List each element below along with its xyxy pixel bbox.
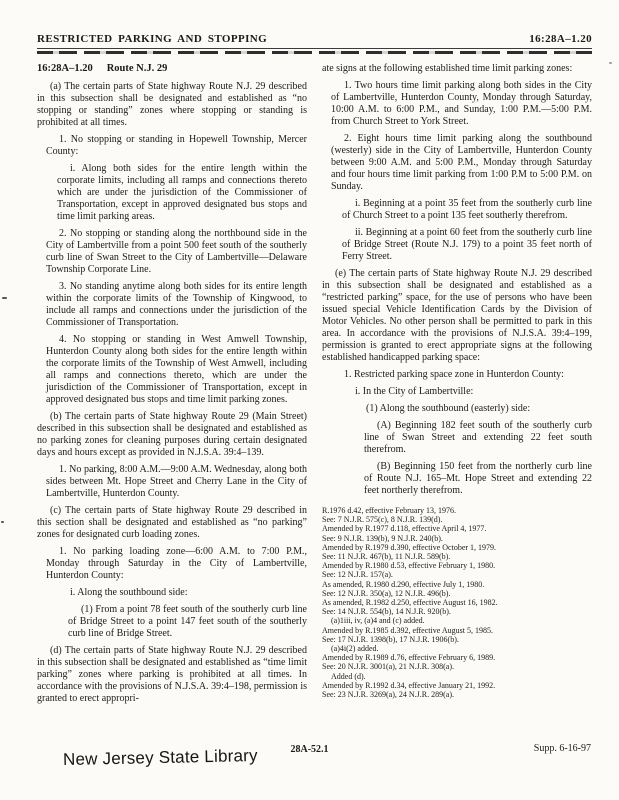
scan-artifact xyxy=(1,521,4,523)
paragraph: (1) From a point 78 feet south of the so… xyxy=(68,604,307,640)
right-paragraphs: ate signs at the following established t… xyxy=(322,63,592,497)
header-section-number: 16:28A–1.20 xyxy=(529,33,592,45)
history-note: As amended, R.1980 d.290, effective July… xyxy=(322,580,592,589)
section-heading-title: Route N.J. 29 xyxy=(107,63,168,74)
history-note: Amended by R.1977 d.118, effective April… xyxy=(322,524,592,533)
history-note: See: 23 N.J.R. 3269(a), 24 N.J.R. 289(a)… xyxy=(322,690,592,699)
scan-artifact xyxy=(2,297,7,299)
history-note: (a)4i(2) added. xyxy=(331,644,592,653)
section-heading: 16:28A–1.20Route N.J. 29 xyxy=(37,63,307,75)
paragraph: 1. No parking loading zone—6:00 A.M. to … xyxy=(46,546,307,582)
paragraph: i. Beginning at a point 35 feet from the… xyxy=(342,198,592,222)
paragraph: (d) The certain parts of State highway R… xyxy=(37,645,307,705)
left-paragraphs: (a) The certain parts of State highway R… xyxy=(37,81,307,705)
paragraph: 1. Two hours time limit parking along bo… xyxy=(331,80,592,128)
paragraph: 1. No parking, 8:00 A.M.—9:00 A.M. Wedne… xyxy=(46,464,307,500)
history-note: R.1976 d.42, effective February 13, 1976… xyxy=(322,506,592,515)
paragraph: (b) The certain parts of State highway R… xyxy=(37,411,307,459)
paragraph: (A) Beginning 182 feet south of the sout… xyxy=(364,420,592,456)
history-note: See: 20 N.J.R. 3001(a), 21 N.J.R. 308(a)… xyxy=(322,662,592,671)
history-note: (a)1iii, iv, (a)4 and (c) added. xyxy=(331,616,592,625)
paragraph: (1) Along the southbound (easterly) side… xyxy=(353,403,592,415)
history-note: See: 7 N.J.R. 575(c), 8 N.J.R. 139(d). xyxy=(322,515,592,524)
history-note: Amended by R.1979 d.390, effective Octob… xyxy=(322,543,592,552)
paragraph: i. Along the southbound side: xyxy=(57,587,307,599)
paragraph: 4. No stopping or standing in West Amwel… xyxy=(46,334,307,406)
history-note: See: 11 N.J.R. 467(b), 11 N.J.R. 589(b). xyxy=(322,552,592,561)
paragraph: 2. Eight hours time limit parking along … xyxy=(331,133,592,193)
paragraph: 3. No standing anytime along both sides … xyxy=(46,281,307,329)
history-note: Added (d). xyxy=(331,672,592,681)
paragraph: ii. Beginning at a point 60 feet from th… xyxy=(342,227,592,263)
column-left: 16:28A–1.20Route N.J. 29 (a) The certain… xyxy=(37,63,307,710)
history-note: See: 9 N.J.R. 139(b), 9 N.J.R. 240(b). xyxy=(322,534,592,543)
paragraph: 1. Restricted parking space zone in Hunt… xyxy=(331,369,592,381)
paragraph: ate signs at the following established t… xyxy=(322,63,592,75)
rule-history-notes: R.1976 d.42, effective February 13, 1976… xyxy=(322,506,592,699)
history-note: See: 12 N.J.R. 350(a), 12 N.J.R. 496(b). xyxy=(322,589,592,598)
column-right: ate signs at the following established t… xyxy=(322,63,592,710)
history-note: See: 14 N.J.R. 554(b), 14 N.J.R. 920(b). xyxy=(322,607,592,616)
header-rule-bold xyxy=(37,51,592,54)
history-note: Amended by R.1989 d.76, effective Februa… xyxy=(322,653,592,662)
paragraph: (B) Beginning 150 feet from the northerl… xyxy=(364,461,592,497)
header-title: RESTRICTED PARKING AND STOPPING xyxy=(37,33,267,45)
paragraph: (c) The certain parts of State highway R… xyxy=(37,505,307,541)
paragraph: (a) The certain parts of State highway R… xyxy=(37,81,307,129)
page-header: RESTRICTED PARKING AND STOPPING 16:28A–1… xyxy=(37,33,592,45)
paragraph: i. Along both sides for the entire lengt… xyxy=(57,163,307,223)
history-note: Amended by R.1992 d.34, effective Januar… xyxy=(322,681,592,690)
history-note: Amended by R.1985 d.392, effective Augus… xyxy=(322,626,592,635)
footer-page-number: 28A-52.1 xyxy=(0,744,619,755)
section-heading-number: 16:28A–1.20 xyxy=(37,63,93,74)
footer-supplement-date: Supp. 6-16-97 xyxy=(534,743,591,754)
history-note: See: 12 N.J.R. 157(a). xyxy=(322,570,592,579)
document-page: RESTRICTED PARKING AND STOPPING 16:28A–1… xyxy=(0,0,619,800)
paragraph: i. In the City of Lambertville: xyxy=(342,386,592,398)
history-note: Amended by R.1980 d.53, effective Februa… xyxy=(322,561,592,570)
history-note: As amended, R.1982 d.250, effective Augu… xyxy=(322,598,592,607)
paragraph: 1. No stopping or standing in Hopewell T… xyxy=(46,134,307,158)
scan-artifact xyxy=(609,62,612,64)
history-note: See: 17 N.J.R. 1398(b), 17 N.J.R. 1906(b… xyxy=(322,635,592,644)
header-rule-thin xyxy=(37,48,592,49)
paragraph: 2. No stopping or standing along the nor… xyxy=(46,228,307,276)
paragraph: (e) The certain parts of State highway R… xyxy=(322,268,592,364)
